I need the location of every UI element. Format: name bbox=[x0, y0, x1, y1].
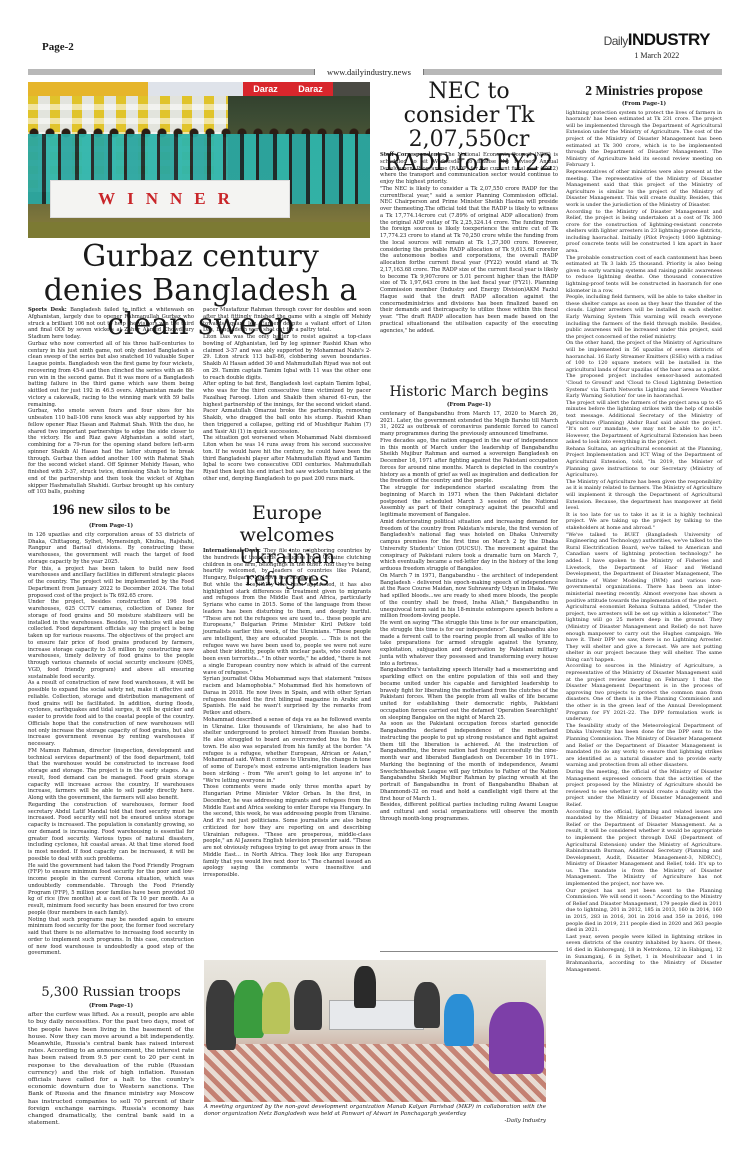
sponsor-daraz-1: Daraz bbox=[253, 84, 278, 94]
ministries-para: Agricultural economist Rehana Sultana ad… bbox=[566, 604, 722, 663]
ministries-headline: 2 Ministries propose bbox=[566, 82, 722, 100]
meeting-attendees bbox=[204, 980, 546, 1060]
photo-caption: A meeting organized by the non-govt deve… bbox=[204, 1104, 546, 1125]
ministries-para: Representatives of other ministries were… bbox=[566, 169, 722, 209]
ministries-para: The project will alert the farmers of th… bbox=[566, 400, 722, 446]
europe-para: Mohammad described a sense of deja vu as… bbox=[203, 717, 371, 785]
photo-credit: -Daily Industry bbox=[204, 1118, 546, 1125]
ministries-from-page: (From Page-1) bbox=[566, 101, 722, 108]
nec-para: "The NEC is likely to consider a Tk 2,07… bbox=[380, 186, 558, 335]
caption-text: A meeting organized by the non-govt deve… bbox=[204, 1104, 546, 1117]
silos-para: in 126 upazilas and city corporation are… bbox=[28, 532, 194, 566]
march-headline: Historic March begins bbox=[380, 383, 558, 401]
europe-byline: International Desk: bbox=[203, 548, 261, 554]
march-para: On March 7 in 1971, Bangabandhu - the ar… bbox=[380, 573, 558, 620]
winner-banner: WINNER bbox=[50, 180, 290, 218]
issue-date: 1 March 2022 bbox=[604, 51, 710, 60]
logo-daily: Daily bbox=[604, 34, 628, 48]
banner-dark bbox=[333, 82, 370, 96]
cricket-para: pacer Mustafizur Rahman through cover fo… bbox=[203, 307, 371, 334]
ministries-para: The proposed project includes sensor-bas… bbox=[566, 373, 722, 399]
march-para: Amid deteriorating political situation a… bbox=[380, 519, 558, 573]
russia-article: (From Page-1) after the curfew was lifte… bbox=[28, 1002, 194, 1127]
banner-daraz: DarazDaraz bbox=[243, 82, 333, 96]
ministries-para: Rehana Sultana, an agricultural economis… bbox=[566, 446, 722, 479]
silos-para: Under the project, besides construction … bbox=[28, 599, 194, 680]
march-para: centenary of Bangabandhu from March 17, … bbox=[380, 411, 558, 438]
ministries-para: Last year, seven people were killed in l… bbox=[566, 934, 722, 974]
ministries-para: According to sources in the Ministry of … bbox=[566, 663, 722, 722]
ministries-para: The feasibility study of the Meteorologi… bbox=[566, 723, 722, 769]
cricket-para: After opting to bat first, Bangladesh lo… bbox=[203, 381, 371, 435]
cricket-article-col1: Sports Desk: Bangladesh failed to inflic… bbox=[28, 307, 194, 496]
silos-para: He said the government had taken the Foo… bbox=[28, 863, 194, 917]
silos-para: FM Mamun Rahman, director (inspection, d… bbox=[28, 748, 194, 802]
march-para: He went on saying "The struggle this tim… bbox=[380, 620, 558, 667]
silos-article: (From Page-1) in 126 upazilas and city c… bbox=[28, 522, 194, 957]
ministries-para: On the other hand, the project of the Mi… bbox=[566, 340, 722, 373]
russia-from-page: (From Page-1) bbox=[28, 1003, 194, 1010]
masthead: DailyINDUSTRY 1 March 2022 bbox=[604, 31, 710, 60]
website-link[interactable]: www.dailyindustry.news bbox=[315, 67, 423, 77]
cricket-article-col2: pacer Mustafizur Rahman through cover fo… bbox=[203, 307, 371, 483]
cricket-para: Gurbaz who now converted all of his thre… bbox=[28, 341, 194, 409]
march-para: Five decades ago, the nation engaged in … bbox=[380, 438, 558, 485]
cricket-byline: Sports Desk: bbox=[28, 307, 67, 313]
silos-para: As a result of construction of new food … bbox=[28, 680, 194, 748]
march-para: The struggle for independence started es… bbox=[380, 485, 558, 519]
ministries-para: According to the Ministry of Disaster Ma… bbox=[566, 209, 722, 255]
ministries-para: The probable construction cost of each c… bbox=[566, 255, 722, 295]
newspaper-logo: DailyINDUSTRY bbox=[604, 31, 710, 49]
banner-ucb bbox=[148, 82, 243, 96]
ministries-para: It is too late for us to take it as it i… bbox=[566, 512, 722, 532]
march-para: Bangabandhu's tantalizing speech literal… bbox=[380, 667, 558, 721]
cricket-winner-photo: DarazDaraz WINNER bbox=[28, 82, 370, 238]
europe-article: International Desk: They file into neigh… bbox=[203, 548, 371, 879]
header-rule: www.dailyindustry.news bbox=[28, 67, 722, 77]
page-number: Page-2 bbox=[42, 41, 74, 53]
section-divider bbox=[380, 951, 558, 952]
silos-headline: 196 new silos to be bbox=[28, 500, 194, 520]
pitch-grass bbox=[28, 222, 370, 238]
march-from-page: (From Page-1) bbox=[380, 402, 558, 409]
cricket-para: The situation got worsened when Mohammad… bbox=[203, 435, 371, 482]
ministries-para: The Ministry of Agriculture has been giv… bbox=[566, 479, 722, 512]
cricket-para: Liton Das was the only batter to resist … bbox=[203, 334, 371, 381]
nec-article: Staff Correspondent: The National Econom… bbox=[380, 152, 558, 334]
march-article: (From Page-1) centenary of Bangabandhu f… bbox=[380, 401, 558, 823]
silos-para: Regarding the construction of warehouses… bbox=[28, 802, 194, 863]
russia-headline: 5,300 Russian troops bbox=[28, 984, 194, 1002]
winner-text: WINNER bbox=[98, 189, 242, 209]
stadium-banners: DarazDaraz bbox=[28, 82, 370, 96]
silos-para: For this, a project has been taken to bu… bbox=[28, 566, 194, 600]
rule-right bbox=[423, 69, 722, 75]
march-para: As soon as the Pakistani occupation forc… bbox=[380, 721, 558, 802]
logo-industry: INDUSTRY bbox=[628, 30, 710, 49]
ministries-para: During the meeting, the official of the … bbox=[566, 769, 722, 809]
nec-byline: Staff Correspondent: bbox=[380, 152, 442, 158]
mkp-meeting-photo bbox=[204, 960, 546, 1102]
march-para: Besides, different political parties inc… bbox=[380, 802, 558, 822]
ministries-para: People, including field farmers, will be… bbox=[566, 294, 722, 340]
ministries-article: (From Page-1) lightning protection syste… bbox=[566, 100, 722, 973]
ministries-para: According to the official, lightning and… bbox=[566, 809, 722, 888]
silos-from-page: (From Page-1) bbox=[28, 523, 194, 530]
rule-left bbox=[28, 69, 315, 75]
europe-para: But while the hospitality has been appla… bbox=[203, 582, 371, 677]
europe-para: Those comments were made only three mont… bbox=[203, 784, 371, 879]
europe-para: Syrian journalist Okba Mohammad says tha… bbox=[203, 676, 371, 717]
ministries-para: Our project has not yet been sent to the… bbox=[566, 888, 722, 934]
ministries-para: lightning protection system to protect t… bbox=[566, 110, 722, 169]
russia-para: after the curfew was lifted. As a result… bbox=[28, 1012, 194, 1127]
silos-para: Noting that such programs may be needed … bbox=[28, 917, 194, 958]
ministries-para: "We've talked to BUET (Bangladesh Univer… bbox=[566, 532, 722, 605]
cricket-para: Gurbaz, who smote seven fours and four s… bbox=[28, 408, 194, 496]
banner-yellow bbox=[28, 82, 148, 96]
sponsor-daraz-2: Daraz bbox=[298, 84, 323, 94]
